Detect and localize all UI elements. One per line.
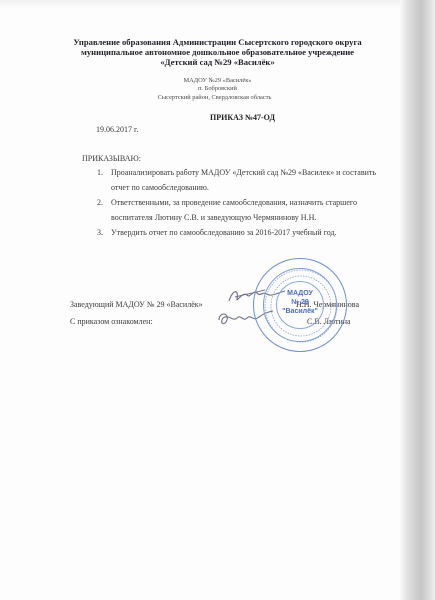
subheader-line-2: п. Бобровский xyxy=(0,85,435,92)
stamp-circular-text xyxy=(254,259,348,353)
item-number: 1. xyxy=(97,168,103,177)
order-title: ПРИКАЗ №47-ОД xyxy=(210,113,275,122)
item-text-line-1: Утвердить отчет по самообследованию за 2… xyxy=(111,228,337,237)
item-text-line-1: Проанализировать работу МАДОУ «Детский с… xyxy=(111,168,376,177)
acknowledged-label: С приказом ознакомлен: xyxy=(70,317,153,326)
order-date: 19.06.2017 г. xyxy=(96,125,138,134)
item-number: 3. xyxy=(97,228,103,237)
official-stamp: МАДОУ № 29 "Василёк" xyxy=(253,258,347,352)
item-text-line-2: воспитателя Лютину С.В. и заведующую Чер… xyxy=(111,213,316,222)
item-number: 2. xyxy=(97,198,103,207)
scan-top-edge xyxy=(0,0,435,8)
header-line-1: Управление образования Администрации Сыс… xyxy=(0,37,435,47)
order-directive: ПРИКАЗЫВАЮ: xyxy=(82,154,141,163)
header-line-2: муниципальное автономное дошкольное обра… xyxy=(0,47,435,57)
item-text-line-1: Ответственными, за проведение самообслед… xyxy=(111,198,357,207)
subheader-line-1: МАДОУ №29 «Василёк» xyxy=(0,77,435,84)
item-text-line-2: отчет по самообследованию. xyxy=(111,183,209,192)
subheader-line-3: Сысертский район, Свердловская область xyxy=(0,94,432,101)
head-signature-label: Заведующий МАДОУ № 29 «Василёк» xyxy=(70,300,203,309)
scanned-document-page: Управление образования Администрации Сыс… xyxy=(0,0,435,600)
header-line-3: «Детский сад №29 «Василёк» xyxy=(0,57,435,67)
